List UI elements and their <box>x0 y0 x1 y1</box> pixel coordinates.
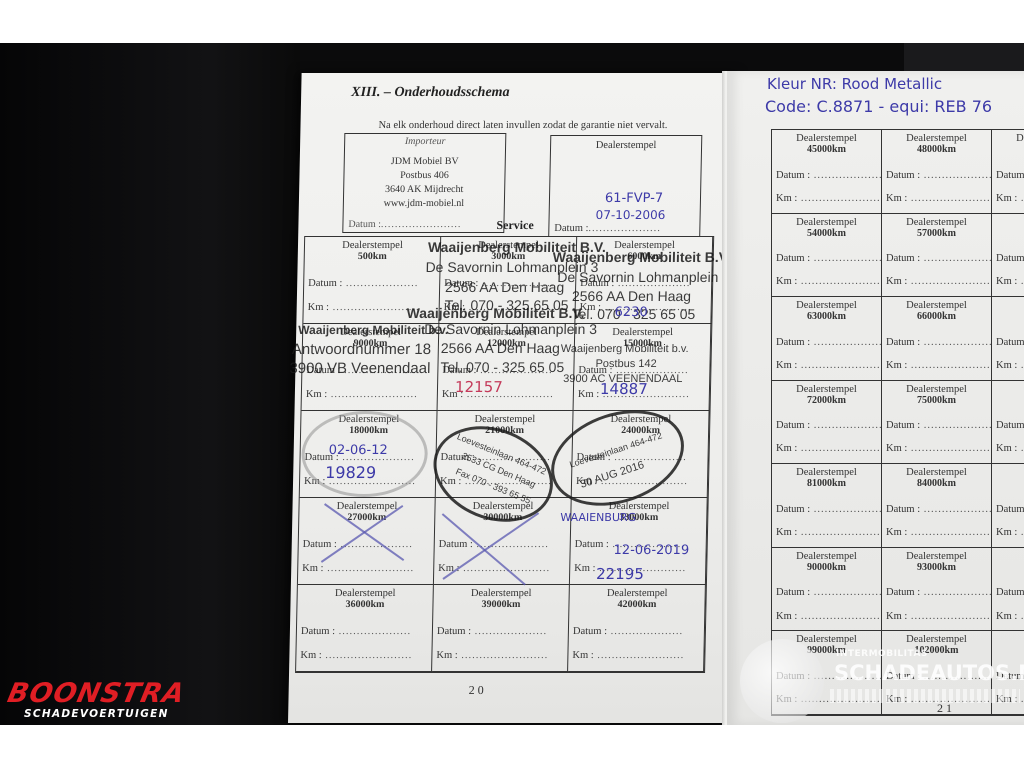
cell-datum-field: Datum : .................... <box>776 170 882 181</box>
stamp-line: De Savornin Lohmanplein 3 <box>424 321 597 337</box>
cell-km-interval: 81000km <box>772 478 881 489</box>
maintenance-cell: Datum ....................Km : .........… <box>992 548 1024 632</box>
importer-datum: Datum :....................... <box>348 219 461 230</box>
cell-km-field: Km : ........................ <box>776 276 882 287</box>
importer-line: Postbus 406 <box>344 169 504 183</box>
maintenance-cell: Datum ....................Km : .........… <box>992 464 1024 548</box>
cell-km-field: Km : ........................ <box>886 611 992 622</box>
importer-line: JDM Mobiel BV <box>345 155 505 169</box>
cell-label: Dealerstempel <box>882 384 991 395</box>
cell-km-interval: 36000km <box>297 599 432 610</box>
cell-label: Dealerstempel <box>772 217 881 228</box>
dealer-stamp-label: Dealerstempel <box>551 140 701 151</box>
cell-km-interval: 39000km <box>433 599 568 610</box>
cell-km-field: Km : ........................ <box>996 611 1024 622</box>
cell-datum-field: Datum : .................... <box>886 253 992 264</box>
maintenance-cell: Dealerstempel84000kmDatum : ............… <box>882 464 992 548</box>
cell-label: Dealerstempel <box>772 467 881 478</box>
cell-label: Dealerstempel <box>992 133 1024 144</box>
stamp-line: 2566 AA Den Haag <box>441 340 560 356</box>
maintenance-cell: Dealerstempel90000kmDatum : ............… <box>772 548 882 632</box>
cell-km-interval: 66000km <box>882 311 991 322</box>
handwritten-km: 14887 <box>600 380 648 398</box>
stamp-line: 2566 AA Den Haag <box>572 288 691 304</box>
cell-km-field: Km : ........................ <box>302 563 414 574</box>
cell-label: Dealerstempel <box>299 501 434 512</box>
logo-sub-text: SCHADEVOERTUIGEN <box>24 708 208 720</box>
cell-datum-field: Datum : .................... <box>886 420 992 431</box>
logo-main-text: SCHADEAUTOS.NL <box>834 661 1024 685</box>
cell-km-interval: 63000km <box>772 311 881 322</box>
maintenance-cell: Datum ....................Km : .........… <box>992 214 1024 298</box>
maintenance-cell: Dealerstempel42000kmDatum : ............… <box>568 585 706 672</box>
globe-icon <box>740 639 824 723</box>
cell-km-interval: 500km <box>305 251 440 262</box>
cell-km-interval: 75000km <box>882 395 991 406</box>
cell-km-field: Km : ........................ <box>776 193 882 204</box>
cell-label: Dealerstempel <box>772 133 881 144</box>
cell-km-interval: 72000km <box>772 395 881 406</box>
cell-label: Dealerstempel <box>772 551 881 562</box>
cell-label: Dealerstempel <box>882 300 991 311</box>
handwritten-note: Code: C.8871 - equi: REB 76 <box>765 97 992 116</box>
logo-top-text: INTERMOBILITAS <box>836 649 928 659</box>
maintenance-cell: Dealerstempel48000kmDatum : ............… <box>882 130 992 214</box>
page-subtitle: Na elk onderhoud direct laten invullen z… <box>378 120 667 131</box>
cell-km-field: Km : ........................ <box>308 302 420 313</box>
importer-label: Importeur <box>345 136 505 147</box>
stamp-line: Waaijenberg Mobiliteit B.V. <box>406 305 584 321</box>
cell-km-field: Km : ........................ <box>996 193 1024 204</box>
schadeautos-logo: INTERMOBILITAS SCHADEAUTOS.NL <box>740 633 1024 725</box>
importer-line: 3640 AK Mijdrecht <box>344 183 504 197</box>
maintenance-cell: Dealerstempel27000kmDatum : ............… <box>298 498 436 585</box>
cell-km-field: Km : ........................ <box>886 276 992 287</box>
cell-km-field: Km : ........................ <box>996 443 1024 454</box>
cell-datum-field: Datum .................... <box>996 420 1024 431</box>
cell-datum-field: Datum : .................... <box>886 587 992 598</box>
importer-box: Importeur JDM Mobiel BV Postbus 406 3640… <box>342 133 506 233</box>
cell-label: Dealerstempel <box>570 588 705 599</box>
cell-km-field: Km : ........................ <box>300 650 412 661</box>
boonstra-logo: BOONSTRA SCHADEVOERTUIGEN <box>8 680 208 720</box>
cell-km-field: Km : ........................ <box>306 389 418 400</box>
cell-datum-field: Datum : .................... <box>776 420 882 431</box>
maintenance-cell: Dealerstempel93000kmDatum : ............… <box>882 548 992 632</box>
cell-datum-field: Datum : .................... <box>886 170 992 181</box>
cell-datum-field: Datum : .................... <box>437 626 547 637</box>
importer-line: www.jdm-mobiel.nl <box>344 197 504 211</box>
maintenance-cell: Dealerstempel81000kmDatum : ............… <box>772 464 882 548</box>
cell-datum-field: Datum .................... <box>996 170 1024 181</box>
booklet-page-left: XIII. – Onderhoudsschema Na elk onderhou… <box>288 73 742 723</box>
maintenance-cell: Datum ....................Km : .........… <box>992 381 1024 465</box>
cell-km-field: Km : ........................ <box>776 443 882 454</box>
cell-datum-field: Datum : .................... <box>308 278 418 289</box>
stamp-line: Tel. 070 - 325 65 05 <box>440 359 564 375</box>
cell-datum-field: Datum : .................... <box>776 337 882 348</box>
stamp-line: 3900 VB Veenendaal <box>289 360 430 377</box>
handwritten-km: 22195 <box>596 565 644 583</box>
cell-label: Dealerstempel <box>882 217 991 228</box>
cell-datum-field: Datum : .................... <box>303 539 413 550</box>
page-number: 20 <box>469 683 487 698</box>
cell-km-field: Km : ........................ <box>776 527 882 538</box>
dark-background <box>0 43 300 725</box>
cell-datum-field: Datum : .................... <box>573 626 683 637</box>
cell-km-field: Km : ........................ <box>436 650 548 661</box>
cell-label: Dealerstempel <box>882 467 991 478</box>
maintenance-cell: Dealerstempel63000kmDatum : ............… <box>772 297 882 381</box>
handwritten-date: 07-10-2006 <box>595 208 665 222</box>
logo-stripe <box>830 689 1020 703</box>
handwritten-km: 12157 <box>455 378 503 396</box>
maintenance-grid-right: Dealerstempel45000kmDatum : ............… <box>771 129 1024 716</box>
service-label: Service <box>496 218 534 233</box>
photo: XIII. – Onderhoudsschema Na elk onderhou… <box>0 43 1024 725</box>
cell-km-field: Km : ........................ <box>886 527 992 538</box>
stamp-line: 2566 AA Den Haag <box>445 279 564 295</box>
handwritten-date: 12-06-2019 <box>613 543 689 558</box>
maintenance-cell: Dealerstempel54000kmDatum : ............… <box>772 214 882 298</box>
cell-km-interval: 54000km <box>772 228 881 239</box>
dealer-stamp-datum: Datum :.................... <box>554 223 661 234</box>
cell-km-interval: 90000km <box>772 562 881 573</box>
maintenance-cell: Dealerstempel57000kmDatum : ............… <box>882 214 992 298</box>
cell-km-field: Km : ........................ <box>996 527 1024 538</box>
handwritten-note: WAAIENBURG <box>560 511 636 524</box>
stamp-line: Waaijenberg Mobiliteit b.v. <box>561 343 689 355</box>
cell-km-interval: 42000km <box>569 599 704 610</box>
maintenance-cell: Datum ....................Km : .........… <box>992 297 1024 381</box>
cell-datum-field: Datum .................... <box>996 337 1024 348</box>
cell-datum-field: Datum : .................... <box>886 337 992 348</box>
cell-km-field: Km : ........................ <box>996 276 1024 287</box>
cell-km-field: Km : ........................ <box>886 360 992 371</box>
cell-km-interval: 48000km <box>882 144 991 155</box>
handwritten-km: 6230 <box>614 305 647 320</box>
cell-datum-field: Datum .................... <box>996 253 1024 264</box>
maintenance-cell: DealerstempelDatum ....................K… <box>992 130 1024 214</box>
cell-km-interval: 84000km <box>882 478 991 489</box>
maintenance-cell: Dealerstempel36000kmDatum : ............… <box>296 585 434 672</box>
handwritten-date: 02-06-12 <box>329 443 388 458</box>
cell-label: Dealerstempel <box>298 588 433 599</box>
handwritten-km: 19829 <box>325 463 376 482</box>
cell-datum-field: Datum : .................... <box>301 626 411 637</box>
stamp-line: Postbus 142 <box>595 358 656 370</box>
cell-label: Dealerstempel <box>772 300 881 311</box>
cell-datum-field: Datum .................... <box>996 504 1024 515</box>
cell-km-field: Km : ........................ <box>572 650 684 661</box>
stamp-line: Antwoordnummer 18 <box>292 341 432 358</box>
maintenance-cell: Dealerstempel72000kmDatum : ............… <box>772 381 882 465</box>
cell-km-interval: 27000km <box>299 512 434 523</box>
cell-datum-field: Datum : .................... <box>776 587 882 598</box>
dealer-stamp-box: Dealerstempel Datum :...................… <box>548 135 702 237</box>
cell-km-field: Km : ........................ <box>886 443 992 454</box>
cell-km-field: Km : ........................ <box>776 611 882 622</box>
handwritten-note: Kleur NR: Rood Metallic <box>767 75 942 93</box>
cell-km-field: Km : ........................ <box>996 360 1024 371</box>
maintenance-cell: Dealerstempel66000kmDatum : ............… <box>882 297 992 381</box>
logo-main-text: BOONSTRA <box>5 680 211 708</box>
cell-label: Dealerstempel <box>882 551 991 562</box>
page-title: XIII. – Onderhoudsschema <box>351 85 510 101</box>
cell-km-interval: 57000km <box>882 228 991 239</box>
booklet-page-right: Kleur NR: Rood Metallic Code: C.8871 - e… <box>727 71 1024 725</box>
maintenance-cell: Dealerstempel45000kmDatum : ............… <box>772 130 882 214</box>
cell-km-interval: 45000km <box>772 144 881 155</box>
handwritten-plate: 61-FVP-7 <box>605 191 663 206</box>
stamp-line: De Savornin Lohmanplein 3 <box>557 269 730 285</box>
cell-label: Dealerstempel <box>437 414 572 425</box>
cell-datum-field: Datum .................... <box>996 587 1024 598</box>
cell-km-field: Km : ........................ <box>776 360 882 371</box>
maintenance-cell: Dealerstempel75000kmDatum : ............… <box>882 381 992 465</box>
stamp-line: Waaijenberg Mobiliteit B.V. <box>553 249 731 265</box>
cell-label: Dealerstempel <box>772 384 881 395</box>
cell-label: Dealerstempel <box>434 588 569 599</box>
cell-km-field: Km : ........................ <box>886 193 992 204</box>
cell-datum-field: Datum : .................... <box>776 253 882 264</box>
cell-km-interval: 93000km <box>882 562 991 573</box>
cell-label: Dealerstempel <box>305 240 440 251</box>
maintenance-cell: Dealerstempel39000kmDatum : ............… <box>432 585 570 672</box>
stamp-line: Waaijenberg Mobiliteit b.v. <box>298 323 448 337</box>
cell-datum-field: Datum : .................... <box>886 504 992 515</box>
cell-datum-field: Datum : .................... <box>776 504 882 515</box>
cell-label: Dealerstempel <box>882 133 991 144</box>
